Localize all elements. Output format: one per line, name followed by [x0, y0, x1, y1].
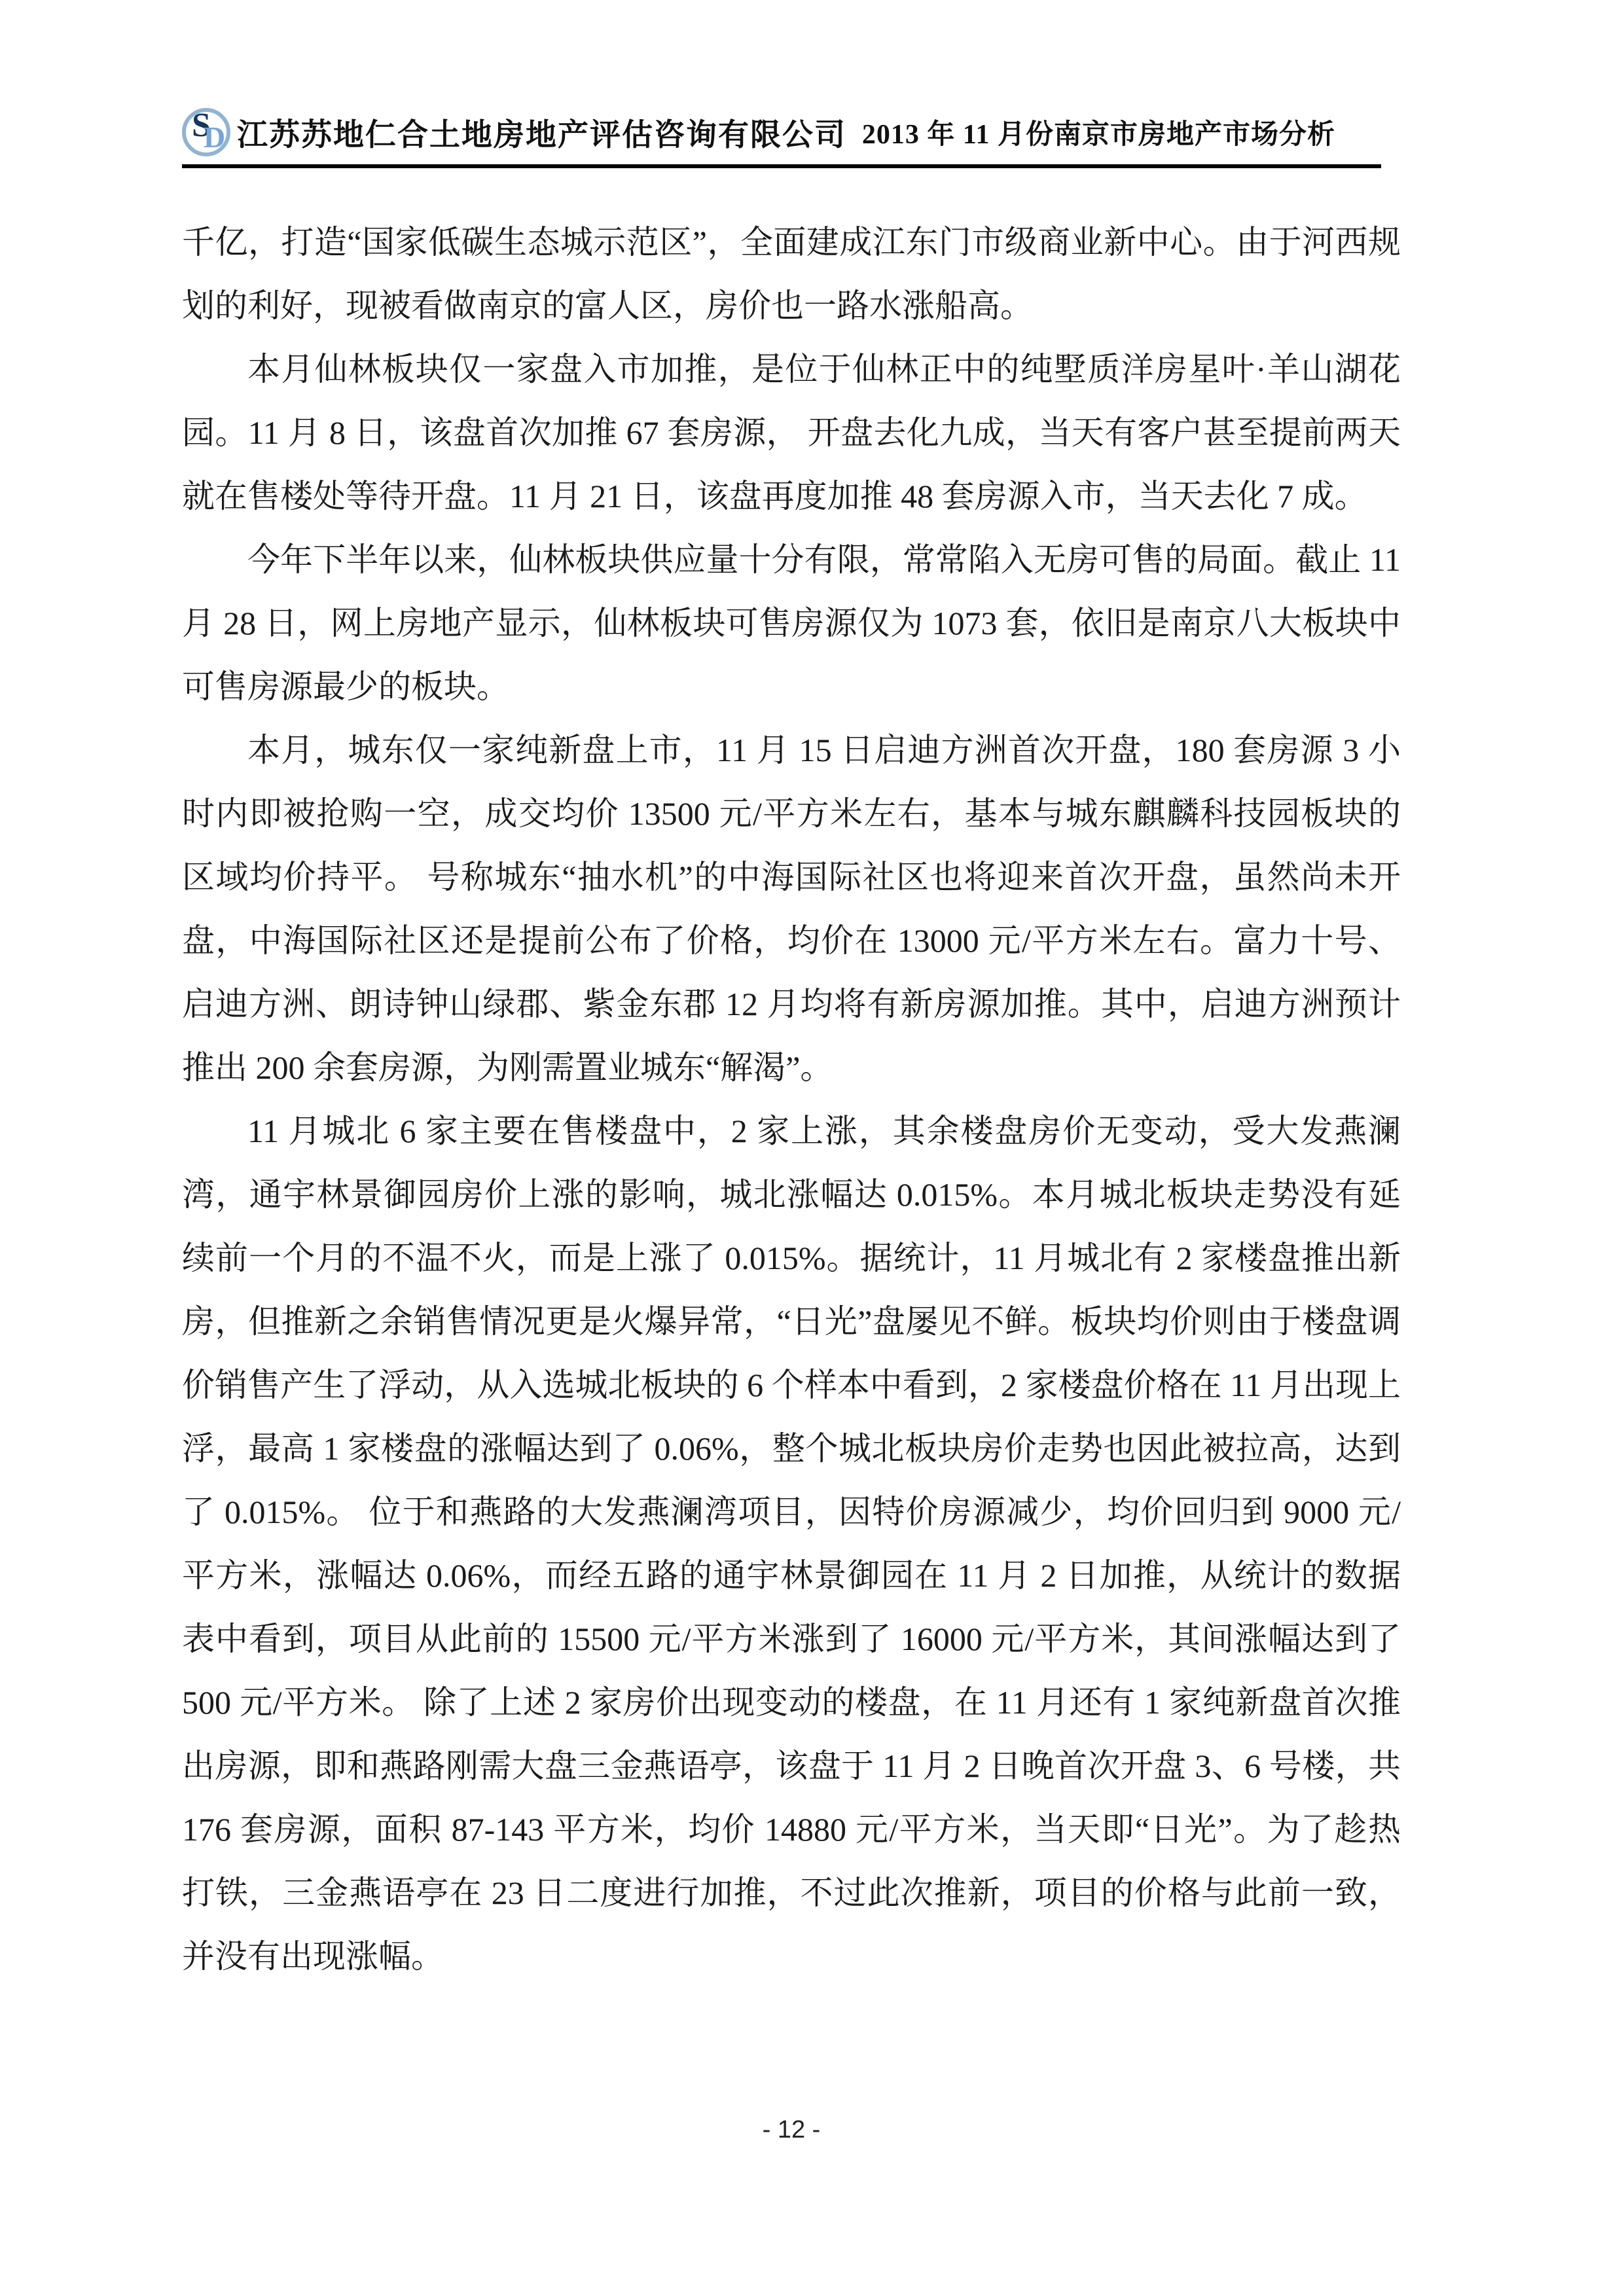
company-name: 江苏苏地仁合土地房地产评估咨询有限公司 [237, 111, 846, 154]
company-logo-icon: S D [182, 108, 230, 156]
paragraph: 千亿，打造“国家低碳生态城示范区”，全面建成江东门市级商业新中心。由于河西规划的… [182, 211, 1401, 338]
logo-letter-d: D [204, 117, 225, 158]
document-page: S D 江苏苏地仁合土地房地产评估咨询有限公司 2013 年 11 月份南京市房… [0, 0, 1624, 2296]
report-title: 2013 年 11 月份南京市房地产市场分析 [862, 113, 1335, 152]
header-left-group: S D 江苏苏地仁合土地房地产评估咨询有限公司 [182, 108, 846, 156]
page-number: - 12 - [182, 2116, 1401, 2144]
paragraph: 本月仙林板块仅一家盘入市加推，是位于仙林正中的纯墅质洋房星叶·羊山湖花园。11 … [182, 338, 1401, 528]
paragraph: 本月，城东仅一家纯新盘上市，11 月 15 日启迪方洲首次开盘，180 套房源 … [182, 719, 1401, 1100]
document-body: 千亿，打造“国家低碳生态城示范区”，全面建成江东门市级商业新中心。由于河西规划的… [182, 211, 1401, 1988]
paragraph: 11 月城北 6 家主要在售楼盘中，2 家上涨，其余楼盘房价无变动，受大发燕澜湾… [182, 1100, 1401, 1988]
header-divider [182, 164, 1381, 168]
paragraph: 今年下半年以来，仙林板块供应量十分有限，常常陷入无房可售的局面。截止 11 月 … [182, 528, 1401, 719]
page-header: S D 江苏苏地仁合土地房地产评估咨询有限公司 2013 年 11 月份南京市房… [182, 108, 1401, 156]
